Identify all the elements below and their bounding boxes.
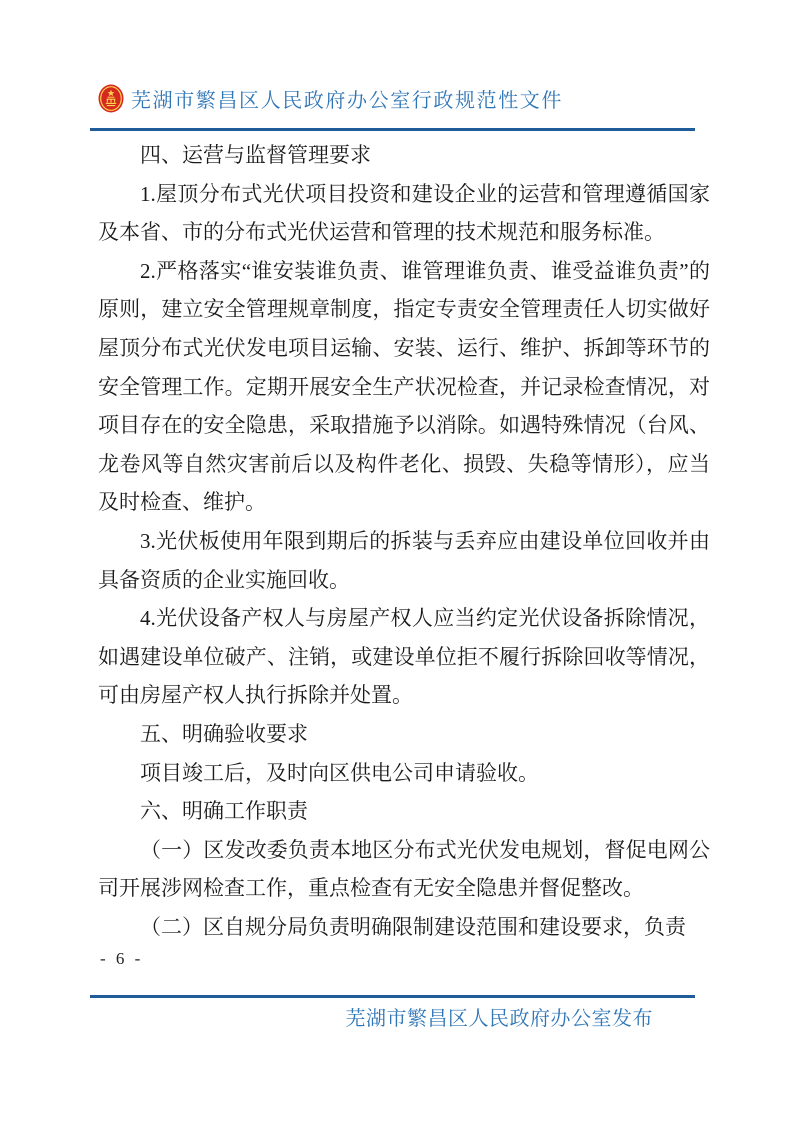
- publisher-label: 芜湖市繁昌区人民政府办公室发布: [98, 1002, 710, 1031]
- paragraph: 4.光伏设备产权人与房屋产权人应当约定光伏设备拆除情况，如遇建设单位破产、注销，…: [98, 599, 710, 715]
- paragraph: 2.严格落实“谁安装谁负责、谁管理谁负责、谁受益谁负责”的原则，建立安全管理规章…: [98, 252, 710, 522]
- section-heading: 五、明确验收要求: [98, 715, 710, 754]
- national-emblem-icon: [98, 84, 124, 113]
- section-heading: 六、明确工作职责: [98, 792, 710, 831]
- paragraph: 1.屋顶分布式光伏项目投资和建设企业的运营和管理遵循国家及本省、市的分布式光伏运…: [98, 175, 710, 252]
- header-rule: [90, 128, 695, 131]
- page-container: 芜湖市繁昌区人民政府办公室行政规范性文件 四、运营与监督管理要求1.屋顶分布式光…: [0, 0, 793, 1122]
- section-heading: 四、运营与监督管理要求: [98, 136, 710, 175]
- paragraph: 项目竣工后，及时向区供电公司申请验收。: [98, 754, 710, 793]
- footer-rule: [90, 995, 695, 998]
- paragraph: （一）区发改委负责本地区分布式光伏发电规划，督促电网公司开展涉网检查工作，重点检…: [98, 831, 710, 908]
- page-number: - 6 -: [100, 949, 143, 969]
- document-body: 四、运营与监督管理要求1.屋顶分布式光伏项目投资和建设企业的运营和管理遵循国家及…: [98, 136, 710, 946]
- paragraph: 3.光伏板使用年限到期后的拆装与丢弃应由建设单位回收并由具备资质的企业实施回收。: [98, 522, 710, 599]
- document-header: 芜湖市繁昌区人民政府办公室行政规范性文件: [98, 84, 563, 113]
- header-title: 芜湖市繁昌区人民政府办公室行政规范性文件: [131, 84, 563, 113]
- paragraph: （二）区自规分局负责明确限制建设范围和建设要求，负责: [98, 908, 710, 947]
